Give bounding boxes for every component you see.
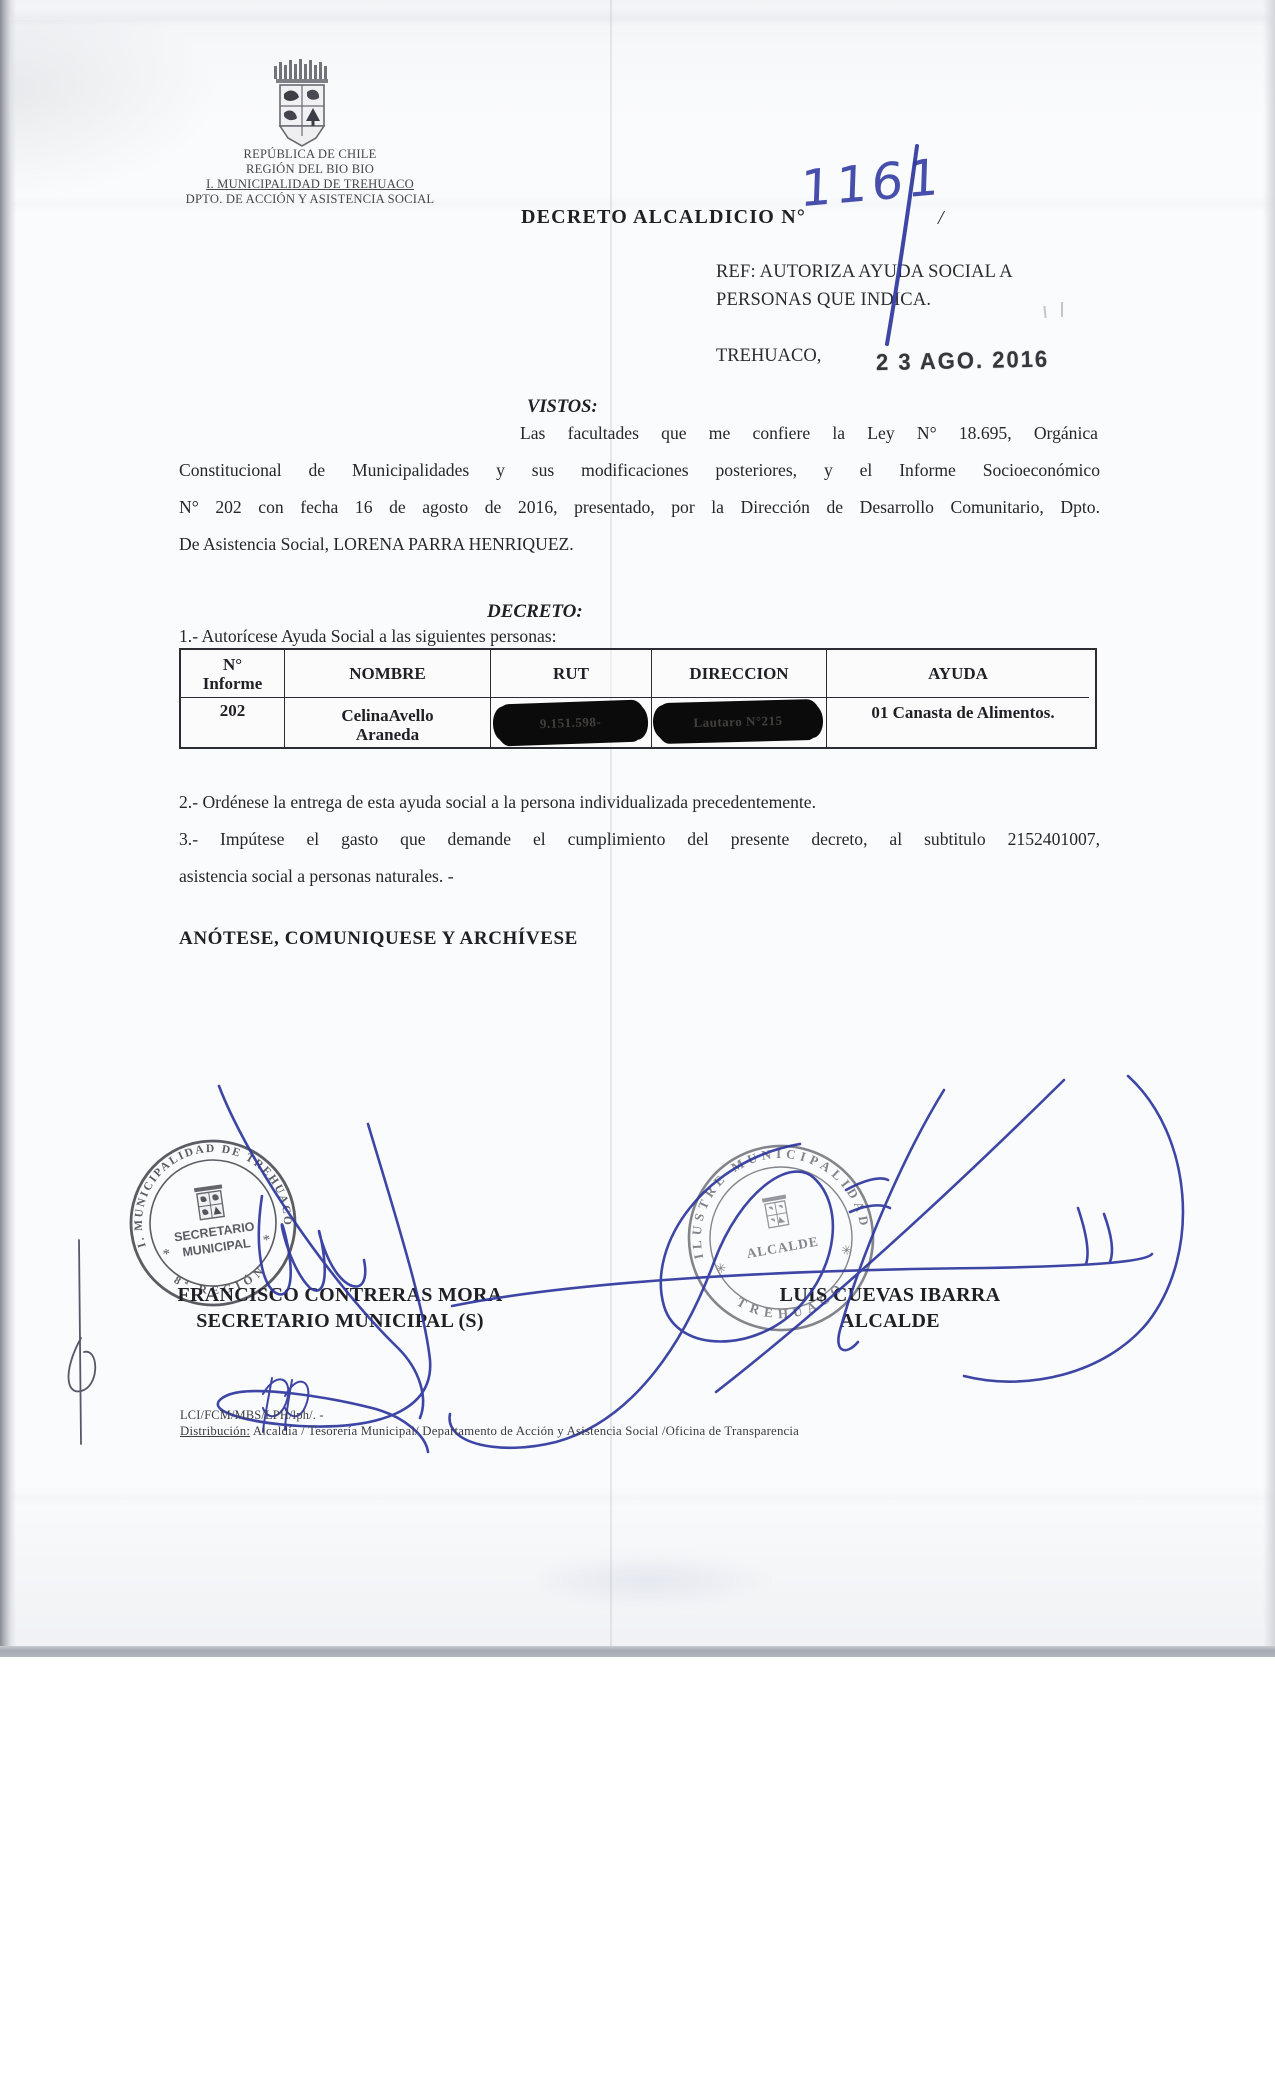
distribution-list: Alcaldía / Tesorería Municipal/ Departam…	[250, 1424, 799, 1438]
distribution-label: Distribución:	[180, 1424, 250, 1438]
distribution-line: Distribución: Alcaldía / Tesorería Munic…	[180, 1424, 799, 1439]
scan-page-bottom-shadow	[0, 1646, 1275, 1657]
scan-edge-right	[1263, 0, 1275, 1648]
signature-right-ink	[450, 1076, 1183, 1448]
signature-left-ink	[218, 1086, 430, 1452]
handwritten-slash-ink	[887, 146, 917, 344]
scanned-decree-document: REPÚBLICA DE CHILE REGIÓN DEL BIO BIO I.…	[0, 0, 1275, 2100]
scan-edge-left	[0, 0, 16, 1648]
responsibility-initials: LCI/FCM/MBS/LPH/lph/. -	[180, 1408, 324, 1423]
pen-crease-mark	[69, 1240, 96, 1444]
